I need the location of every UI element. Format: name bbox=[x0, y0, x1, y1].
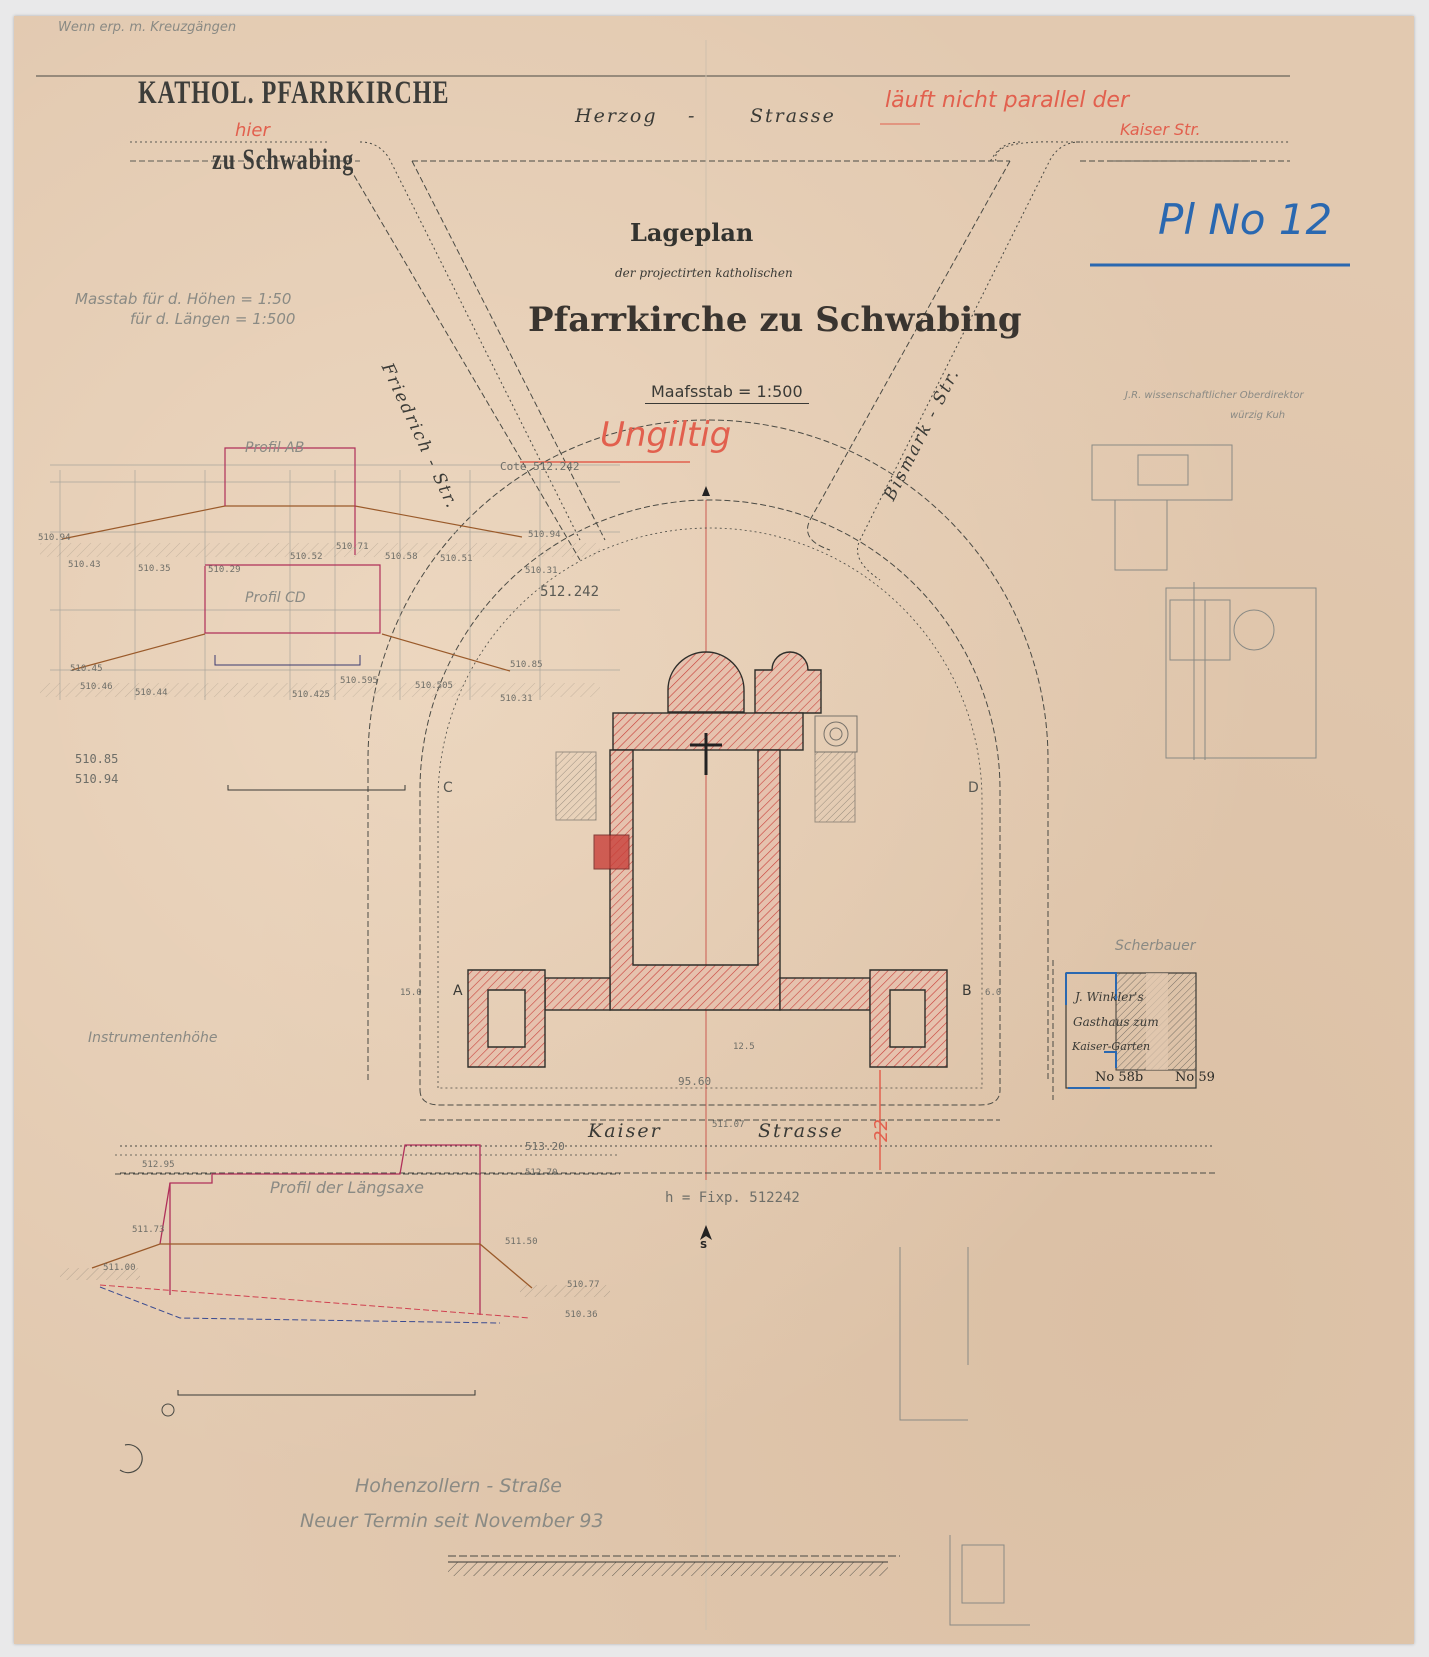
street-herzog-dash: - bbox=[688, 105, 696, 127]
dimension-right-offset: 6.0 bbox=[985, 988, 1001, 998]
profile-ab-label: Profil AB bbox=[245, 440, 304, 456]
neighbor-scherbauer: Scherbauer bbox=[1115, 938, 1196, 954]
elevation-cd-1: 510.45 bbox=[70, 664, 103, 674]
profile-ab-cd bbox=[40, 448, 620, 790]
lot-number-58b: No 58b bbox=[1095, 1070, 1143, 1085]
elevation-long-3: 511.73 bbox=[132, 1225, 165, 1235]
lot-number-59: No 59 bbox=[1175, 1070, 1215, 1085]
profile-long-label: Profil der Längsaxe bbox=[270, 1178, 424, 1197]
elevation-long-11: 510.36 bbox=[565, 1310, 598, 1320]
elevation-kaiser-street: 511.07 bbox=[712, 1120, 745, 1130]
pencil-scale-lengths: für d. Längen = 1:500 bbox=[130, 310, 295, 328]
elevation-cote: Cote 512.242 bbox=[500, 460, 579, 473]
elevation-ab-6: 510.51 bbox=[440, 554, 473, 564]
site-plan-drawing bbox=[0, 0, 1429, 1657]
title-subheading: der projectirten katholischen bbox=[615, 266, 793, 280]
elevation-ab-8: 510.31 bbox=[525, 566, 558, 576]
elevation-long-4: 511.00 bbox=[103, 1263, 136, 1273]
pencil-right-note: J.R. wissenschaftlicher Oberdirektor bbox=[1125, 390, 1304, 401]
elevation-long-0: 513.20 bbox=[525, 1140, 565, 1153]
section-mark-c: C bbox=[443, 780, 453, 796]
title-heading: Lageplan bbox=[630, 218, 753, 247]
profile-cd-label: Profil CD bbox=[245, 590, 306, 606]
title-scale: Maafsstab = 1:500 bbox=[645, 382, 809, 404]
elevation-cd-5: 510.595 bbox=[340, 676, 378, 686]
pencil-scale-heights: Masstab für d. Höhen = 1:50 bbox=[75, 290, 291, 308]
elevation-ab-4: 510.71 bbox=[336, 542, 369, 552]
street-herzog-strasse: Strasse bbox=[750, 105, 836, 127]
elevation-cd-8: 510.31 bbox=[500, 694, 533, 704]
section-mark-d: D bbox=[968, 780, 979, 796]
elevation-ab-0: 510.94 bbox=[38, 533, 71, 543]
red-note-ungiltig: Ungiltig bbox=[600, 415, 731, 455]
title-main: Pfarrkirche zu Schwabing bbox=[528, 300, 1022, 340]
section-mark-a: A bbox=[453, 983, 463, 999]
neighbor-line2: Gasthaus zum bbox=[1073, 1015, 1159, 1029]
elevation-ab-1: 510.43 bbox=[68, 560, 101, 570]
plan-number: Pl No 12 bbox=[1158, 195, 1332, 244]
elevation-long-1: 512.70 bbox=[525, 1168, 558, 1178]
header-stamp-line1: KATHOL. PFARRKIRCHE bbox=[138, 76, 449, 112]
street-kaiser: Kaiser bbox=[588, 1120, 662, 1142]
elevation-road-axis: 512.242 bbox=[540, 584, 599, 600]
header-stamp-line2: zu Schwabing bbox=[212, 142, 354, 177]
dimension-front: 12.5 bbox=[733, 1042, 755, 1052]
elevation-long-2: 512.95 bbox=[142, 1160, 175, 1170]
elevation-cd-7: 510.85 bbox=[510, 660, 543, 670]
elevation-ab-2: 510.35 bbox=[138, 564, 171, 574]
elevation-fixpoint: h = Fixp. 512242 bbox=[665, 1190, 800, 1206]
section-mark-b: B bbox=[962, 983, 972, 999]
elevation-long-10: 510.77 bbox=[567, 1280, 600, 1290]
red-dimension: 22 bbox=[871, 1119, 892, 1142]
pencil-instrument-height: Instrumentenhöhe bbox=[88, 1030, 217, 1046]
elevation-left-0: 510.85 bbox=[75, 752, 118, 766]
elevation-long-9: 511.50 bbox=[505, 1237, 538, 1247]
dimension-width-total: 95.60 bbox=[678, 1075, 711, 1088]
dimension-left-offset: 15.0 bbox=[400, 988, 422, 998]
elevation-cd-2: 510.46 bbox=[80, 682, 113, 692]
elevation-ab-5: 510.58 bbox=[385, 552, 418, 562]
elevation-cd-0: 510.29 bbox=[208, 565, 241, 575]
pencil-note-top: Wenn erp. m. Kreuzgängen bbox=[58, 20, 236, 35]
elevation-ab-3: 510.52 bbox=[290, 552, 323, 562]
elevation-cd-3: 510.44 bbox=[135, 688, 168, 698]
neighbor-line3: Kaiser-Garten bbox=[1072, 1040, 1150, 1053]
street-herzog: Herzog bbox=[575, 105, 658, 127]
pencil-termin-note: Neuer Termin seit November 93 bbox=[300, 1510, 604, 1532]
elevation-left-1: 510.94 bbox=[75, 772, 118, 786]
red-note-not-parallel: läuft nicht parallel der bbox=[885, 88, 1129, 113]
elevation-cd-6: 510.505 bbox=[415, 681, 453, 691]
pencil-hohenzollern-strasse: Hohenzollern - Straße bbox=[355, 1475, 562, 1497]
north-arrow-south-label: S bbox=[700, 1240, 707, 1251]
elevation-ab-7: 510.94 bbox=[528, 530, 561, 540]
red-note-hier: hier bbox=[235, 120, 270, 141]
pencil-right-note2: würzig Kuh bbox=[1230, 410, 1285, 421]
street-kaiser-strasse: Strasse bbox=[758, 1120, 844, 1142]
neighbor-owner: J. Winkler's bbox=[1075, 990, 1144, 1004]
elevation-cd-4: 510.425 bbox=[292, 690, 330, 700]
church-floor-plan bbox=[468, 652, 947, 1067]
red-note-kaiser-str: Kaiser Str. bbox=[1120, 120, 1201, 139]
